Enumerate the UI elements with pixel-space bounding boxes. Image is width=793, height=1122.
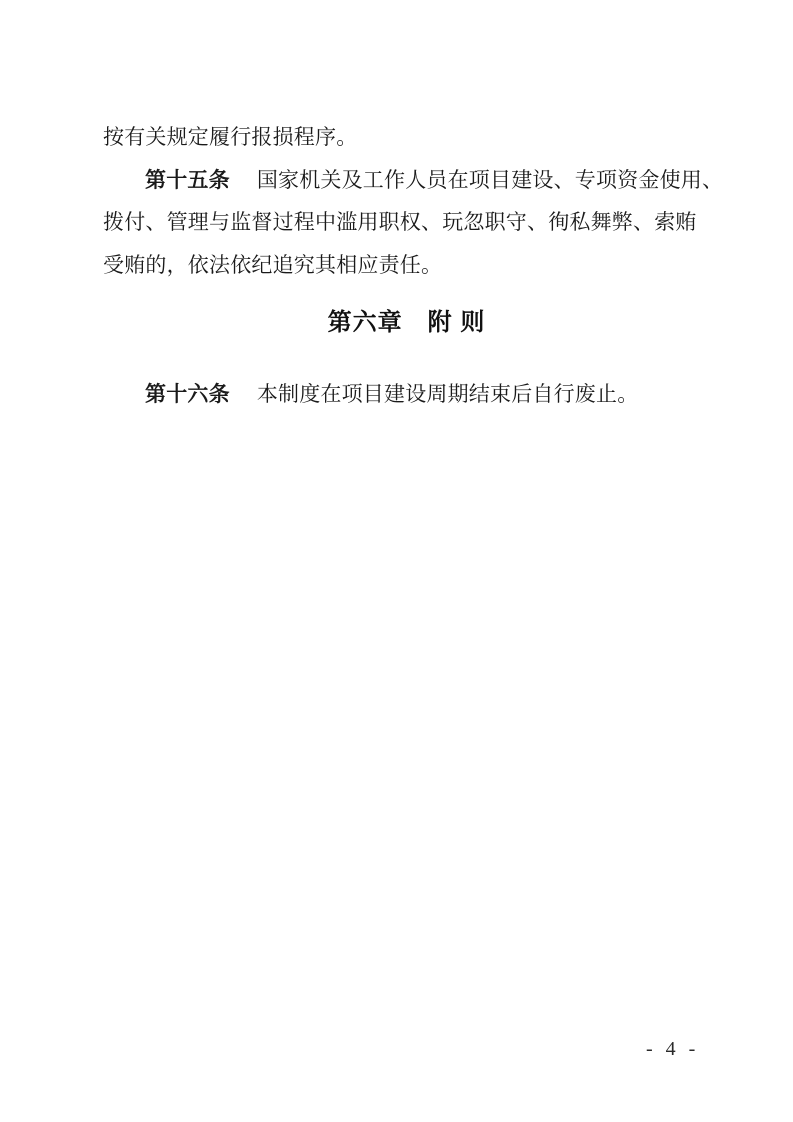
article-16-text: 本制度在项目建设周期结束后自行废止。 [257,382,639,406]
article-16-number: 第十六条 [145,382,230,406]
article-15-line-2: 拨付、管理与监督过程中滥用职权、玩忽职守、徇私舞弊、索贿 [103,201,710,244]
article-15-line-3: 受贿的，依法依纪追究其相应责任。 [103,244,710,287]
article-15-number: 第十五条 [145,168,230,192]
article-15-line-1: 第十五条国家机关及工作人员在项目建设、专项资金使用、 [103,159,710,202]
page-number: - 4 - [646,1038,697,1061]
chapter-heading: 第六章 附 则 [103,302,710,345]
article-15-text-1: 国家机关及工作人员在项目建设、专项资金使用、 [257,168,723,192]
document-page: 按有关规定履行报损程序。 第十五条国家机关及工作人员在项目建设、专项资金使用、 … [0,0,793,1122]
article-16-line: 第十六条本制度在项目建设周期结束后自行废止。 [103,373,710,416]
closing-paragraph-line: 按有关规定履行报损程序。 [103,116,710,159]
